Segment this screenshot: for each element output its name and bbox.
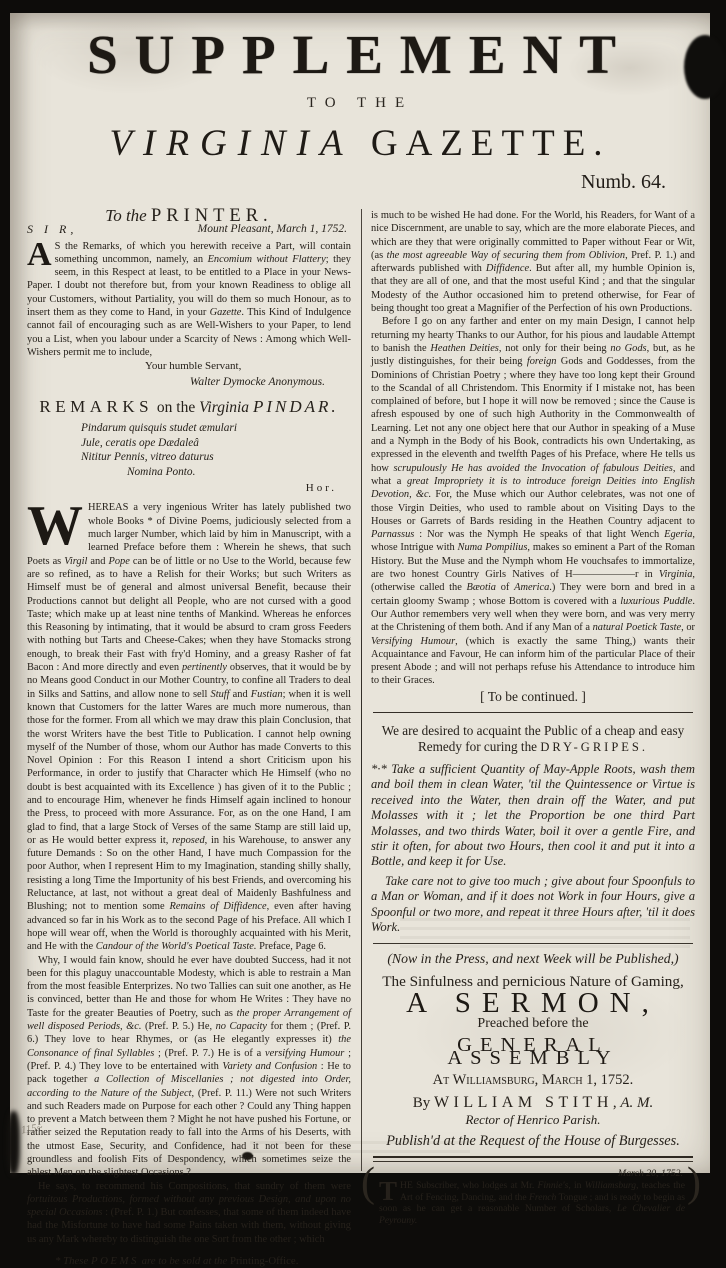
sermon-subject: The Sinfulness and pernicious Nature of … [371, 975, 695, 988]
left-column: To the PRINTER. S I R, Mount Pleasant, M… [27, 209, 351, 1159]
right-column: is much to be wished He had done. For th… [371, 209, 695, 1159]
section-rule [373, 943, 693, 944]
columns: To the PRINTER. S I R, Mount Pleasant, M… [27, 209, 695, 1159]
letter-closing: Your humble Servant, [145, 360, 351, 373]
remedy-recipe: *·* Take a sufficient Quantity of May-Ap… [371, 762, 695, 870]
epigraph-line: Pindarum quisquis studet æmulari [81, 421, 351, 436]
masthead: SUPPLEMENT TO THE VIRGINIA GAZETTE. Numb… [10, 23, 710, 194]
paper-name-virginia: VIRGINIA [109, 123, 353, 164]
paper-supplement-title: SUPPLEMENT [10, 23, 710, 86]
masthead-to-the: TO THE [10, 95, 710, 112]
remarks-heading: REMARKS on the Virginia PINDAR. [27, 400, 351, 414]
issue-number: Numb. 64. [10, 171, 710, 194]
sermon-author: By WILLIAM STITH, A. M. [371, 1096, 695, 1110]
newspaper-page: SUPPLEMENT TO THE VIRGINIA GAZETTE. Numb… [10, 13, 710, 1173]
dateline: Mount Pleasant, March 1, 1752. [198, 223, 351, 236]
letter-heading: To the PRINTER. [27, 209, 351, 223]
paper-name-gazette: GAZETTE. [354, 123, 611, 164]
sermon-request-line: Publish'd at the Request of the House of… [371, 1135, 695, 1148]
salutation: S I R, [27, 223, 77, 236]
remarks-paragraph-2: Why, I would fain know, should he ever h… [27, 954, 351, 1180]
notice-date: March 20, 1752. [379, 1168, 685, 1180]
sermon-assembly-line: GENERAL ASSEMBLY [371, 1039, 695, 1066]
tutor-notice: ( ) March 20, 1752. THE Subscriber, who … [371, 1168, 695, 1181]
to-be-continued: [ To be continued. ] [371, 690, 695, 703]
epigraph-line: Nomina Ponto. [127, 465, 351, 480]
epigraph-line: Jule, ceratis ope Dædaleâ [81, 436, 351, 451]
continuation-paragraph-2: Before I go on any farther and enter on … [371, 315, 695, 687]
dropcap: A [27, 240, 55, 268]
remedy-heading: We are desired to acquaint the Public of… [371, 723, 695, 756]
sermon-press-line: (Now in the Press, and next Week will be… [371, 952, 695, 965]
remarks-paragraph-1: WHEREAS a very ingenious Writer has late… [27, 501, 351, 953]
sermon-title: A SERMON, [371, 997, 695, 1010]
continuation-paragraph-1: is much to be wished He had done. For th… [371, 209, 695, 315]
letter-body: AS the Remarks, of which you herewith re… [27, 240, 351, 360]
letter-signature: Walter Dymocke Anonymous. [27, 376, 351, 389]
paper-name: VIRGINIA GAZETTE. [10, 122, 710, 165]
sermon-author-role: Rector of Henrico Parish. [371, 1113, 695, 1126]
column-divider-rule [361, 209, 362, 1171]
remedy-dosage: Take care not to give too much ; give ab… [371, 874, 695, 936]
section-rule [373, 712, 693, 713]
sermon-location-date: At Williamsburg, March 1, 1752. [371, 1074, 695, 1087]
sermon-preached-line: Preached before the [371, 1017, 695, 1030]
epigraph-attribution: Hor. [27, 482, 351, 495]
dropcap: W [27, 501, 88, 548]
double-rule [373, 1156, 693, 1162]
scan-ink-streak-bottom-left [7, 1111, 20, 1175]
epigraph-line: Nititur Pennis, vitreo daturus [81, 450, 351, 465]
